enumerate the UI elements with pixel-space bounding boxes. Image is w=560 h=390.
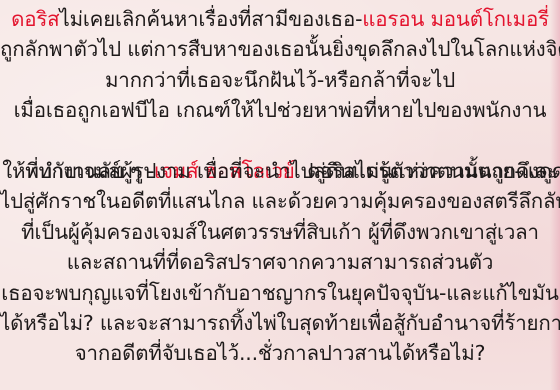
blurb-line: ดอริสไม่เคยเลิกค้นหาเรื่องที่สามีของเธอ-… <box>0 4 560 34</box>
character-name-aaron: แอรอน มอนต์โกเมอรี่ <box>362 7 549 31</box>
blurb-text: ที่เป็นผู้คุ้มครองเจมส์ในศตวรรษที่สิบเก้… <box>21 220 539 244</box>
blurb-text: ไม่เคยเลิกค้นหาเรื่องที่สามีของเธอ- <box>59 7 362 31</box>
blurb-line: เธอจะพบกุญแจที่โยงเข้ากับอาชญากรในยุคปัจ… <box>0 278 560 308</box>
blurb-text: และสถานที่ที่ดอริสปราศจากความสามารถส่วนต… <box>67 250 493 274</box>
blurb-line: ให้พบกับเจมส์ผู้รูปงาม เพื่อที่จะนำไปสู่… <box>0 156 560 186</box>
blurb-line: จากอดีตที่จับเธอไว้...ชั่วกาลปาวสานได้หร… <box>0 338 560 368</box>
blurb-text: เธอจะพบกุญแจที่โยงเข้ากับอาชญากรในยุคปัจ… <box>1 281 558 305</box>
blurb-line: เมื่อเธอถูกเอฟบีไอ เกณฑ์ให้ไปช่วยหาพ่อที… <box>0 95 560 125</box>
blurb-line: ที่เป็นผู้คุ้มครองเจมส์ในศตวรรษที่สิบเก้… <box>0 217 560 247</box>
blurb-text: ไปสู่ศักราชในอดีตที่แสนไกล และด้วยความคุ… <box>0 189 560 213</box>
character-name-doris: ดอริส <box>11 7 59 31</box>
blurb-text: จากอดีตที่จับเธอไว้...ชั่วกาลปาวสานได้หร… <box>75 341 486 365</box>
blurb-line: ไปสู่ศักราชในอดีตที่แสนไกล และด้วยความคุ… <box>0 186 560 216</box>
blurb-text: เมื่อเธอถูกเอฟบีไอ เกณฑ์ให้ไปช่วยหาพ่อที… <box>14 98 547 122</box>
blurb-line: ถูกลักพาตัวไป แต่การสืบหาของเธอนั้นยิ่งข… <box>0 34 560 64</box>
blurb-line: ที่ทำงานลับ ๆ -เจมส์ ฮอลโลเวย์ ดอริสไม่ร… <box>0 126 560 156</box>
blurb-text: มากกว่าที่เธอจะนึกฝันไว้-หรือกล้าที่จะไป <box>105 68 455 92</box>
back-cover-blurb: ดอริสไม่เคยเลิกค้นหาเรื่องที่สามีของเธอ-… <box>0 4 560 369</box>
blurb-text: ถูกลักพาตัวไป แต่การสืบหาของเธอนั้นยิ่งข… <box>0 37 560 61</box>
blurb-line: ได้หรือไม่? และจะสามารถทิ้งไพ่ใบสุดท้ายเ… <box>0 308 560 338</box>
blurb-line: และสถานที่ที่ดอริสปราศจากความสามารถส่วนต… <box>0 247 560 277</box>
blurb-text: ได้หรือไม่? และจะสามารถทิ้งไพ่ใบสุดท้ายเ… <box>0 311 560 335</box>
blurb-text: ให้พบกับเจมส์ผู้รูปงาม เพื่อที่จะนำไปสู่… <box>2 159 558 183</box>
blurb-line: มากกว่าที่เธอจะนึกฝันไว้-หรือกล้าที่จะไป <box>0 65 560 95</box>
